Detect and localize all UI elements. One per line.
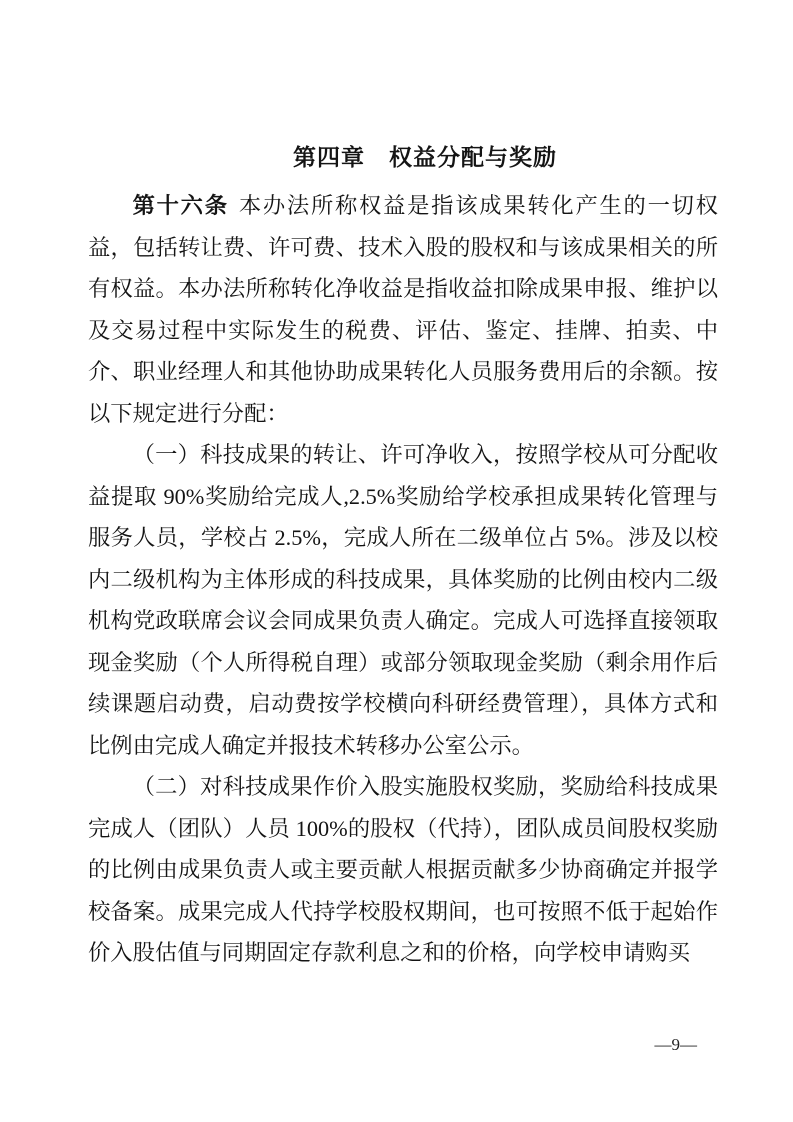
clause-1-paragraph: （一）科技成果的转让、许可净收入，按照学校从可分配收益提取 90%奖励给完成人,… [88,434,718,766]
clause-1-text: （一）科技成果的转让、许可净收入，按照学校从可分配收益提取 90%奖励给完成人,… [88,442,718,758]
clause-2-text: （二）对科技成果作价入股实施股权奖励，奖励给科技成果完成人（团队）人员 100%… [88,774,718,965]
article-16-paragraph: 第十六条本办法所称权益是指该成果转化产生的一切权益，包括转让费、许可费、技术入股… [88,185,718,434]
page-number: —9— [655,1035,698,1055]
document-page: 第四章 权益分配与奖励 第十六条本办法所称权益是指该成果转化产生的一切权益，包括… [0,0,793,1122]
article-16-text: 本办法所称权益是指该成果转化产生的一切权益，包括转让费、许可费、技术入股的股权和… [88,193,718,426]
chapter-title: 第四章 权益分配与奖励 [110,144,740,172]
article-number-label: 第十六条 [133,193,229,218]
document-body: 第四章 权益分配与奖励 第十六条本办法所称权益是指该成果转化产生的一切权益，包括… [88,144,718,974]
clause-2-paragraph: （二）对科技成果作价入股实施股权奖励，奖励给科技成果完成人（团队）人员 100%… [88,766,718,974]
